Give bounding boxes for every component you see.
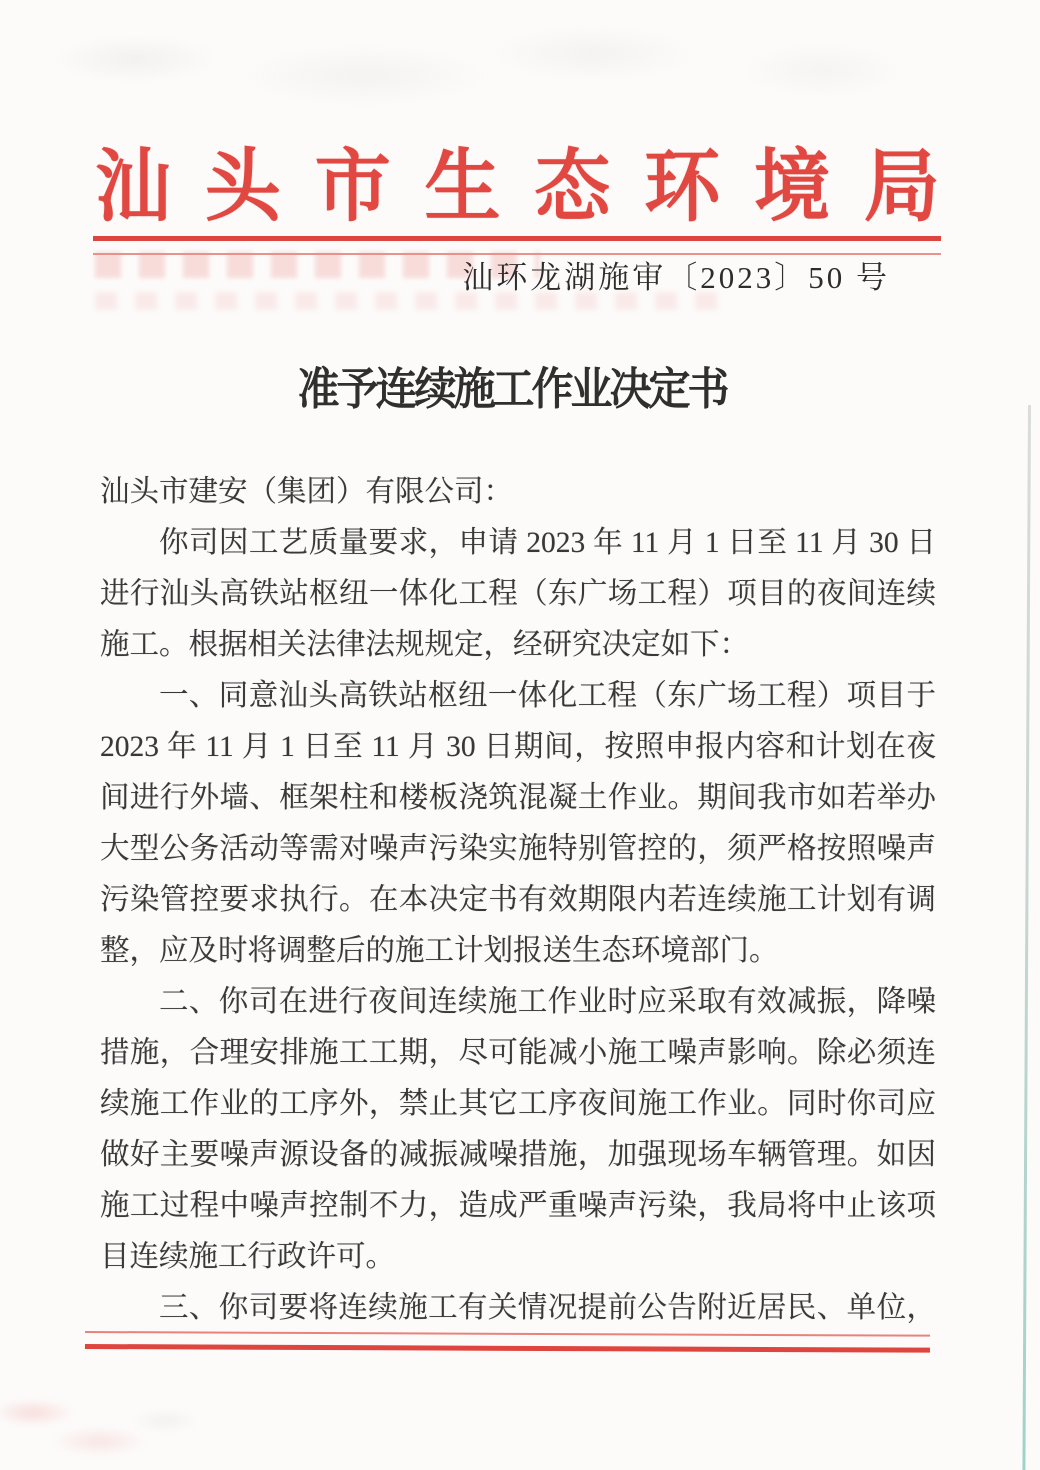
body-line: 污染管控要求执行。在本决定书有效期限内若连续施工计划有调	[100, 875, 936, 926]
bleedthrough-artifact-top	[30, 15, 910, 125]
body-line: 三、你司要将连续施工有关情况提前公告附近居民、单位，	[100, 1283, 936, 1334]
body-line: 做好主要噪声源设备的减振减噪措施，加强现场车辆管理。如因	[100, 1130, 936, 1181]
agency-letterhead-char: 生	[425, 122, 501, 235]
bleedthrough-artifact-bottom-left	[0, 1388, 220, 1470]
body-line: 续施工作业的工序外，禁止其它工序夜间施工作业。同时你司应	[100, 1079, 936, 1130]
agency-letterhead-char: 环	[644, 122, 720, 235]
body-line: 一、同意汕头高铁站枢纽一体化工程（东广场工程）项目于	[100, 671, 936, 722]
agency-letterhead-char: 汕	[95, 122, 171, 235]
agency-letterhead-char: 态	[534, 122, 610, 235]
agency-letterhead-char: 市	[315, 122, 391, 235]
body-line: 整，应及时将调整后的施工计划报送生态环境部门。	[100, 926, 936, 977]
body-line: 2023 年 11 月 1 日至 11 月 30 日期间，按照申报内容和计划在夜	[100, 722, 936, 773]
body-line: 施工。根据相关法律法规规定，经研究决定如下：	[100, 620, 936, 671]
body-line: 施工过程中噪声控制不力，造成严重噪声污染，我局将中止该项	[100, 1181, 936, 1232]
document-reference-number: 汕环龙湖施审〔2023〕50 号	[462, 252, 890, 297]
scanned-document-page: 汕头市生态环境局 汕环龙湖施审〔2023〕50 号 准予连续施工作业决定书 汕头…	[0, 0, 1040, 1470]
scanned-page-edge-line	[1022, 405, 1031, 1470]
body-line: 二、你司在进行夜间连续施工作业时应采取有效减振，降噪	[100, 977, 936, 1028]
body-line: 你司因工艺质量要求，申请 2023 年 11 月 1 日至 11 月 30 日	[100, 518, 936, 569]
agency-letterhead-char: 头	[205, 122, 281, 235]
footer-double-rule	[85, 1331, 930, 1353]
body-line: 进行汕头高铁站枢纽一体化工程（东广场工程）项目的夜间连续	[100, 569, 936, 620]
document-body: 汕头市建安（集团）有限公司：你司因工艺质量要求，申请 2023 年 11 月 1…	[100, 467, 936, 1334]
body-line: 大型公务活动等需对噪声污染实施特别管控的，须严格按照噪声	[100, 824, 936, 875]
body-line: 目连续施工行政许可。	[100, 1232, 936, 1283]
agency-letterhead-char: 境	[754, 122, 830, 235]
agency-letterhead-char: 局	[864, 122, 940, 235]
body-line: 措施，合理安排施工工期，尽可能减小施工噪声影响。除必须连	[100, 1028, 936, 1079]
body-line: 间进行外墙、框架柱和楼板浇筑混凝土作业。期间我市如若举办	[100, 773, 936, 824]
body-line: 汕头市建安（集团）有限公司：	[100, 467, 936, 518]
agency-letterhead-title: 汕头市生态环境局	[95, 133, 940, 225]
document-title: 准予连续施工作业决定书	[0, 354, 1024, 418]
